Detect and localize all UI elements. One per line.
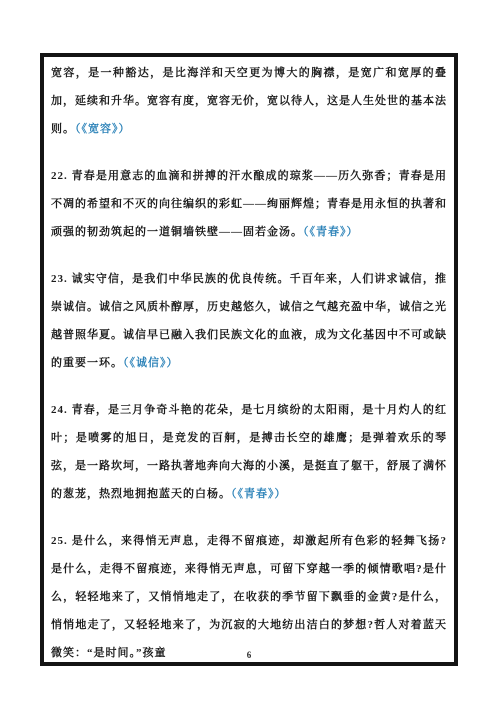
paragraph-text: 22. 青春是用意志的血滴和拼搏的汗水酿成的琼浆——历久弥香；青春是用不凋的希望… <box>51 170 447 238</box>
paragraph-21-continued: 宽容，是一种豁达，是比海洋和天空更为博大的胸襟，是宽广和宽厚的叠加，延续和升华。… <box>51 59 447 143</box>
document-content: 宽容，是一种豁达，是比海洋和天空更为博大的胸襟，是宽广和宽厚的叠加，延续和升华。… <box>44 57 454 666</box>
paragraph-23: 23. 诚实守信，是我们中华民族的优良传统。千百年来，人们讲求诚信，推崇诚信。诚… <box>51 265 447 377</box>
source-citation: （《青春》） <box>231 488 287 500</box>
document-sheet: 宽容，是一种豁达，是比海洋和天空更为博大的胸襟，是宽广和宽厚的叠加，延续和升华。… <box>40 53 458 666</box>
paragraph-text: 23. 诚实守信，是我们中华民族的优良传统。千百年来，人们讲求诚信，推崇诚信。诚… <box>51 273 447 369</box>
paragraph-text: 25. 是什么，来得悄无声息，走得不留痕迹，却激起所有色彩的轻舞飞扬?是什么，走… <box>51 535 447 659</box>
source-citation: （《宽容》） <box>75 123 131 135</box>
source-citation: （《诚信》） <box>123 357 179 369</box>
page-number: 6 <box>44 650 454 660</box>
source-citation: （《青春》） <box>303 226 359 238</box>
paragraph-24: 24. 青春，是三月争奇斗艳的花朵，是七月缤纷的太阳雨，是十月灼人的红叶；是喷雾… <box>51 396 447 508</box>
paragraph-22: 22. 青春是用意志的血滴和拼搏的汗水酿成的琼浆——历久弥香；青春是用不凋的希望… <box>51 162 447 246</box>
paragraph-text: 24. 青春，是三月争奇斗艳的花朵，是七月缤纷的太阳雨，是十月灼人的红叶；是喷雾… <box>51 404 447 500</box>
paragraph-25: 25. 是什么，来得悄无声息，走得不留痕迹，却激起所有色彩的轻舞飞扬?是什么，走… <box>51 527 447 666</box>
